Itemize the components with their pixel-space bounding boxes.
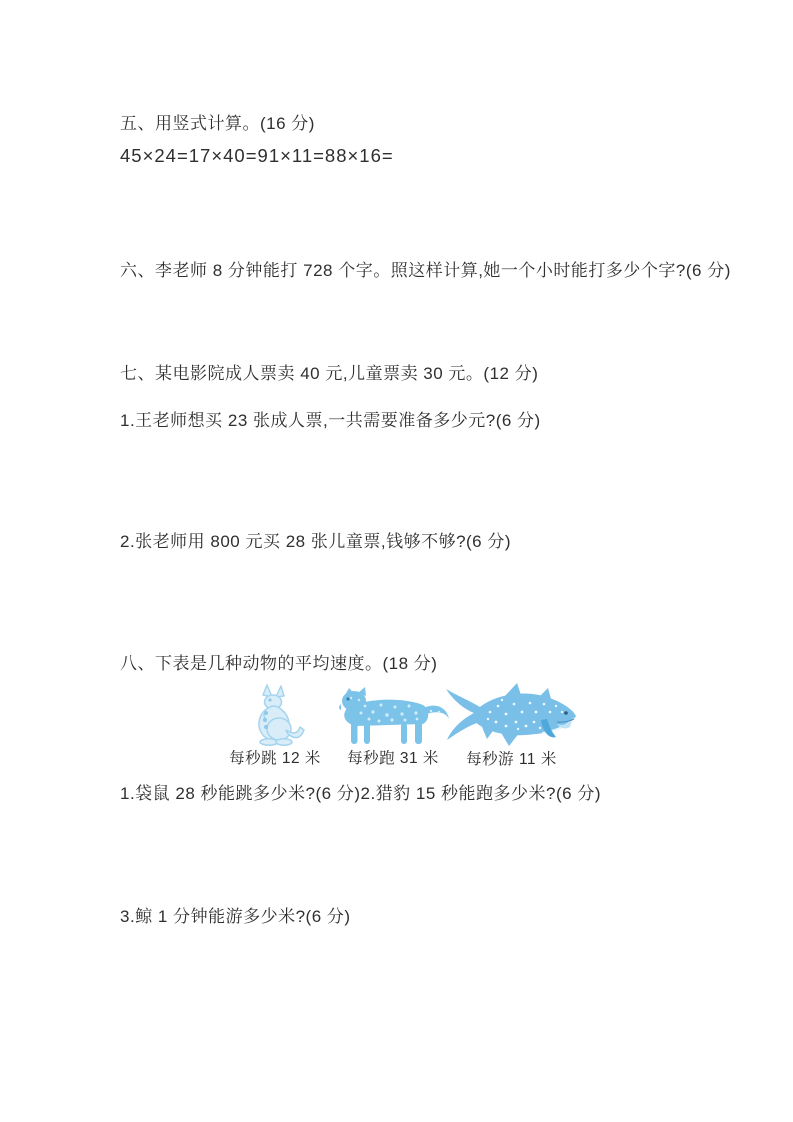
section-six-heading: 六、李老师 8 分钟能打 728 个字。照这样计算,她一个小时能打多少个字?(6… [120, 260, 731, 282]
whale-shark-speed-caption: 每秒游 11 米 [466, 751, 557, 769]
section-seven-question-2: 2.张老师用 800 元买 28 张儿童票,钱够不够?(6 分) [120, 531, 511, 553]
kangaroo-figure: 每秒跳 12 米 [225, 683, 325, 768]
section-seven-question-1: 1.王老师想买 23 张成人票,一共需要准备多少元?(6 分) [120, 410, 541, 432]
whale-shark-figure: 每秒游 11 米 [443, 682, 580, 769]
kangaroo-icon [241, 683, 309, 747]
section-eight-heading: 八、下表是几种动物的平均速度。(18 分) [120, 653, 437, 675]
section-seven-heading: 七、某电影院成人票卖 40 元,儿童票卖 30 元。(12 分) [120, 363, 538, 385]
section-eight-questions-1-2: 1.袋鼠 28 秒能跳多少米?(6 分)2.猎豹 15 秒能跑多少米?(6 分) [120, 783, 601, 805]
section-five-heading: 五、用竖式计算。(16 分) [120, 113, 315, 135]
leopard-figure: 每秒跑 31 米 [333, 686, 453, 768]
worksheet-page: 五、用竖式计算。(16 分) 45×24=17×40=91×11=88×16= … [0, 0, 793, 1122]
vertical-calculation-problems: 45×24=17×40=91×11=88×16= [120, 145, 394, 167]
kangaroo-speed-caption: 每秒跳 12 米 [229, 750, 321, 768]
whale-shark-icon [444, 682, 579, 748]
leopard-icon [335, 686, 451, 747]
section-eight-question-3: 3.鲸 1 分钟能游多少米?(6 分) [120, 906, 351, 928]
leopard-speed-caption: 每秒跑 31 米 [347, 750, 439, 768]
